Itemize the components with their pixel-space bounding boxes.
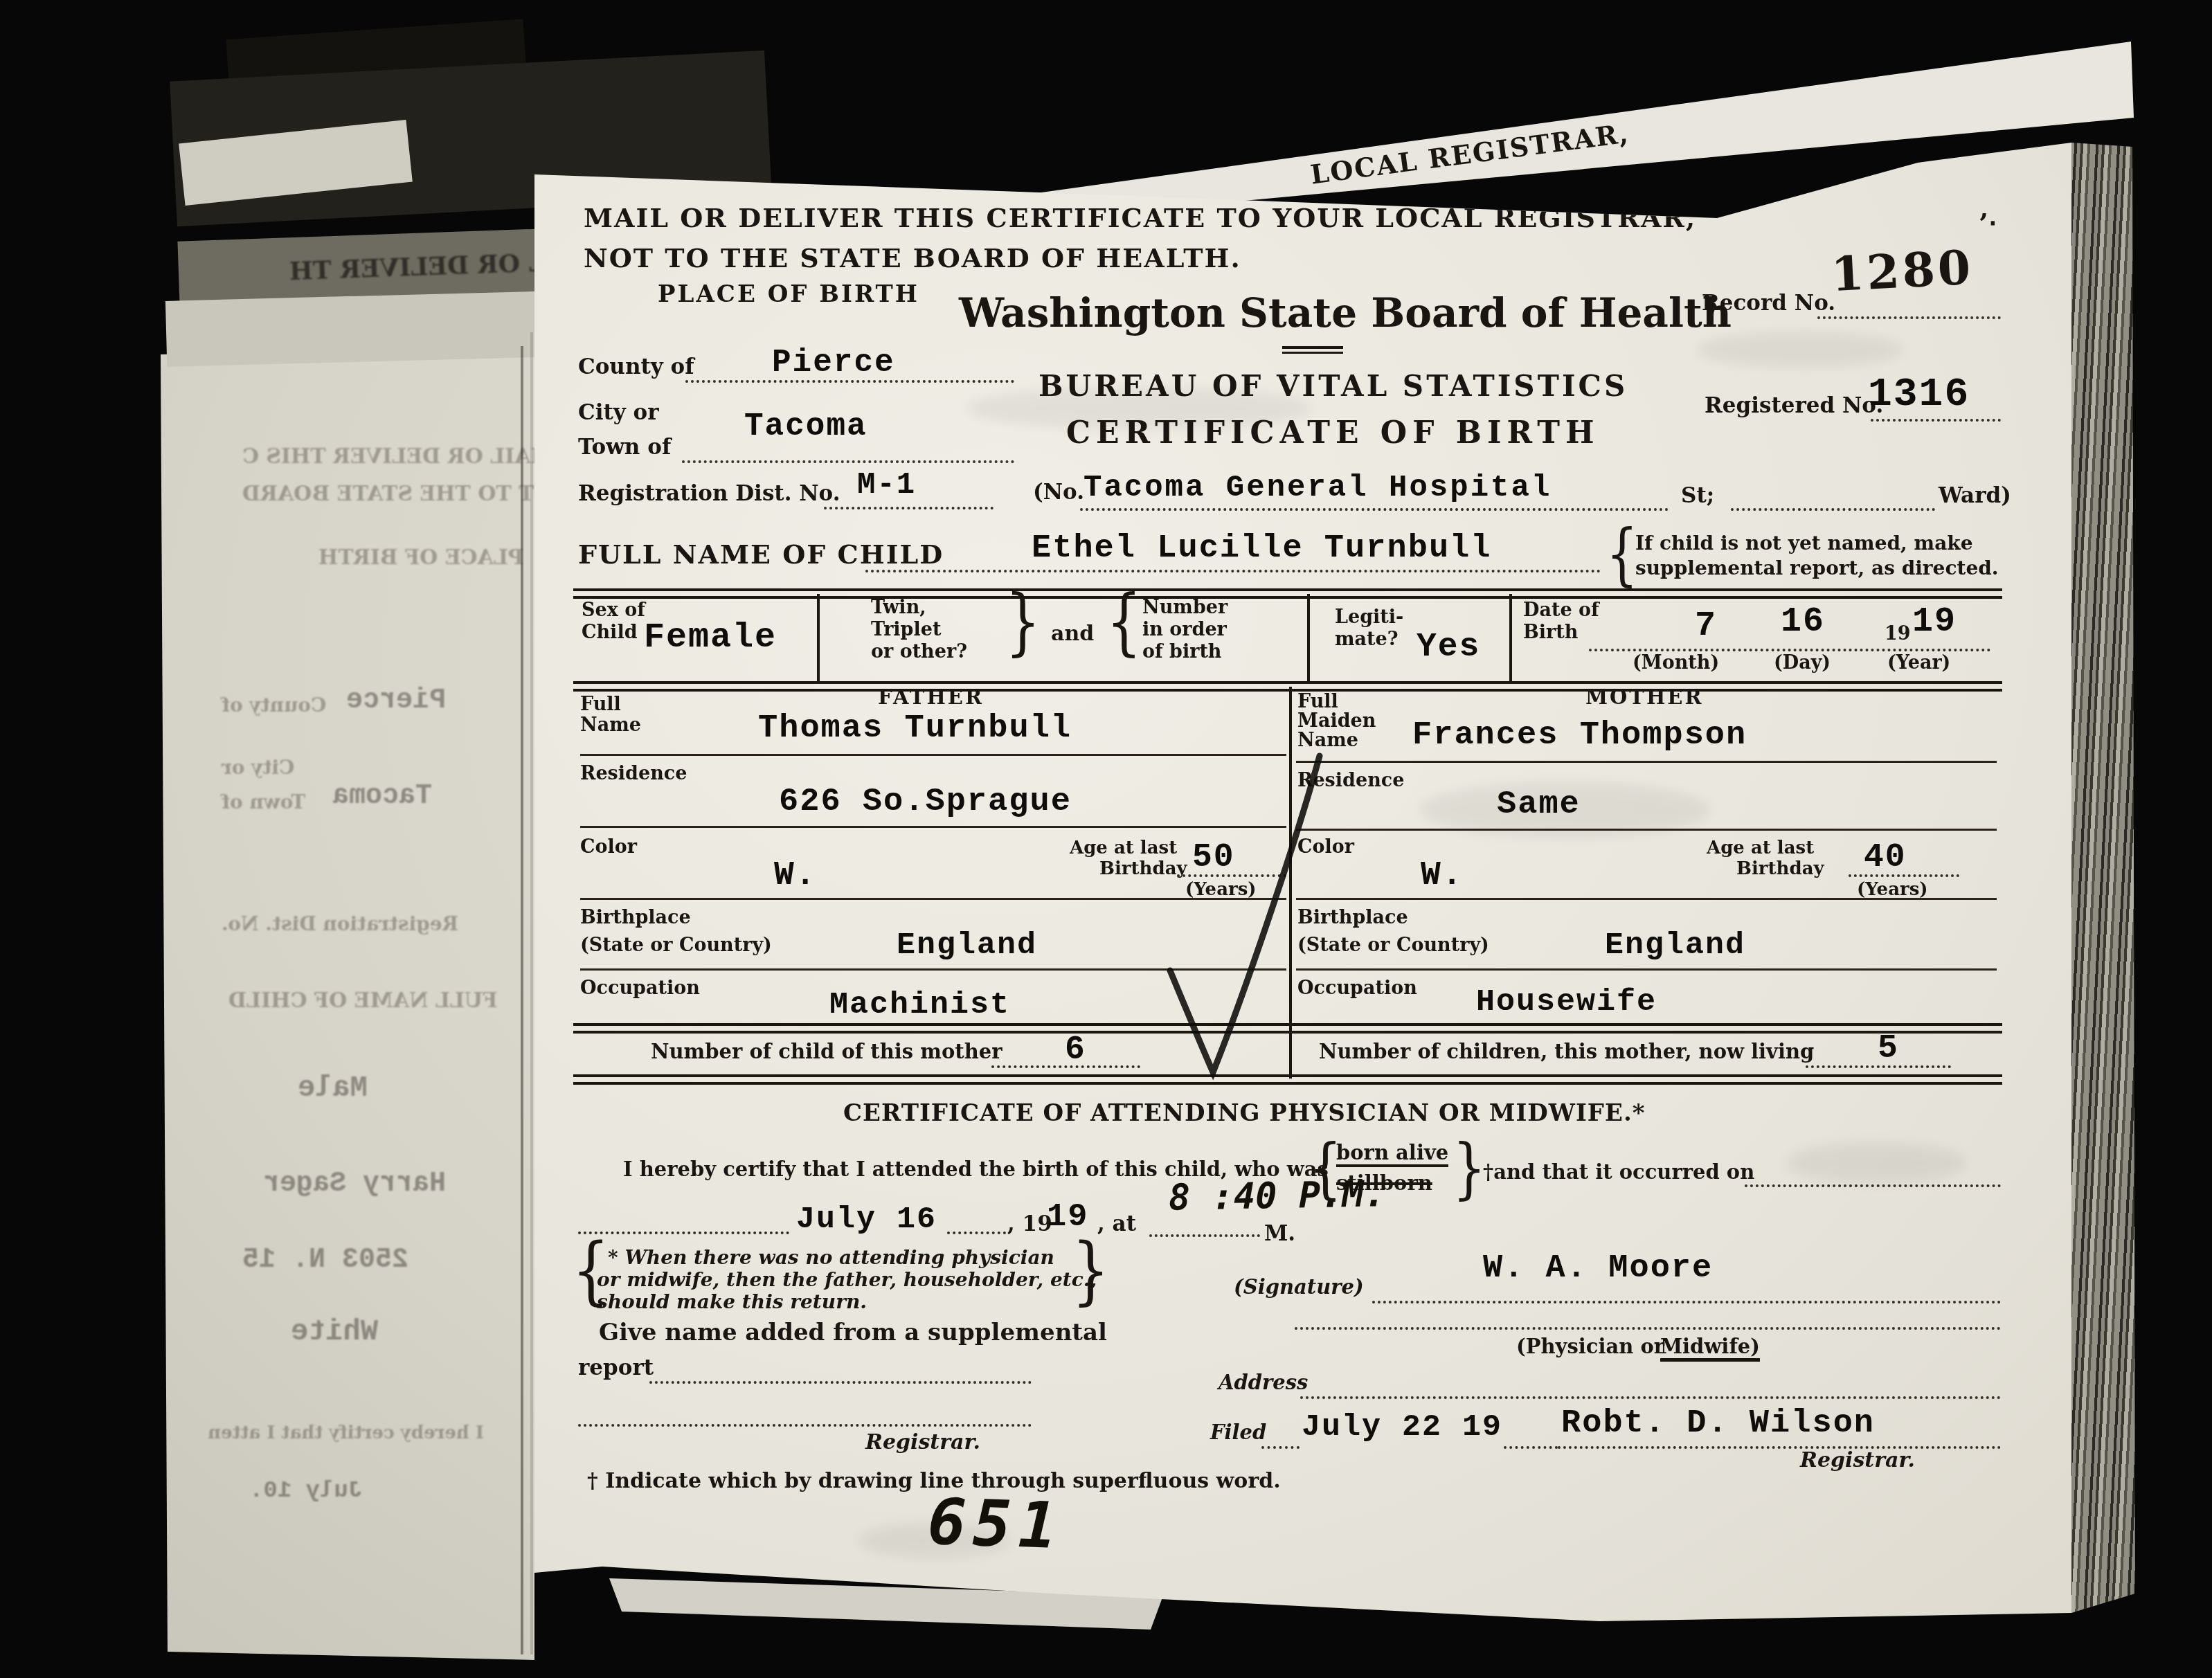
- report-label: report: [578, 1355, 654, 1380]
- ghost-text: County of: [222, 694, 326, 716]
- occurred-date-value: July 16: [796, 1202, 937, 1237]
- physician-or-label: (Physician or: [1516, 1335, 1664, 1358]
- supplemental-text: Give name added from a supplemental: [599, 1319, 1107, 1346]
- time-line: [1149, 1234, 1260, 1237]
- ghost-text: Male: [298, 1072, 368, 1105]
- signature-line: [1482, 1300, 2001, 1303]
- m-label: M.: [1264, 1221, 1295, 1246]
- note-brace-right: }: [1072, 1228, 1110, 1315]
- registrar-right-label: Registrar.: [1800, 1448, 1915, 1472]
- ghost-text: Town of: [222, 791, 305, 813]
- filed-by-value: Robt. D. Wilson: [1561, 1405, 1875, 1442]
- ghost-text: Registration Dist. No.: [222, 912, 458, 935]
- occurred-text: †and that it occurred on: [1483, 1160, 1754, 1184]
- address-label: Address: [1219, 1371, 1308, 1394]
- note-line-2: or midwife, then the father, householder…: [597, 1268, 1097, 1291]
- ghost-text: I hereby certify that I atten: [208, 1423, 484, 1443]
- ghost-text: FULL NAME OF CHILD: [228, 989, 498, 1013]
- scanned-birth-certificate: MAIL OR DELIVER THIS C NOT TO THE STATE …: [0, 0, 2212, 1678]
- filed-lead-line: [1261, 1445, 1300, 1449]
- midwife-word-struck: Midwife): [1660, 1335, 1760, 1362]
- note-line-1: * When there was no attending physician: [608, 1246, 1054, 1269]
- date-lead-line: [578, 1231, 789, 1234]
- address-line: [1300, 1396, 2001, 1399]
- ghost-text: July 10.: [249, 1478, 362, 1504]
- born-alive-option: born alive: [1336, 1141, 1448, 1167]
- filed-date-value: July 22 19: [1302, 1409, 1502, 1445]
- ghost-text: City or: [222, 756, 294, 779]
- page-crease: [521, 346, 523, 1654]
- registrar-left-line: [578, 1423, 1032, 1427]
- filed-mid-line: [1504, 1445, 1558, 1449]
- year-prefix-label: , 19: [1007, 1211, 1052, 1236]
- page-crease: [530, 332, 533, 1654]
- ghost-text: White: [291, 1315, 378, 1348]
- time-value-handwritten: 8 :40 P.M.: [1169, 1173, 1386, 1218]
- ghost-text: Tacoma: [332, 781, 432, 812]
- born-brace-right: }: [1453, 1129, 1486, 1206]
- registrar-left-label: Registrar.: [865, 1430, 980, 1454]
- date-mid-line: [947, 1231, 1006, 1234]
- ghost-text: Pierce: [346, 685, 446, 716]
- physician-section-title: CERTIFICATE OF ATTENDING PHYSICIAN OR MI…: [843, 1099, 1646, 1127]
- occurred-line: [1745, 1184, 2001, 1187]
- signature-label: (Signature): [1234, 1275, 1364, 1299]
- note-line-3: should make this return.: [597, 1290, 867, 1313]
- page-number-handwritten: 651: [926, 1485, 1065, 1564]
- filed-line: [1558, 1445, 2001, 1449]
- report-line: [649, 1380, 1032, 1384]
- ghost-text: MAIL OR DELIVER THIS C: [242, 444, 554, 469]
- filed-label: Filed: [1210, 1420, 1266, 1444]
- ghost-text: Harry Sager: [263, 1169, 446, 1200]
- signature-lead-line: [1372, 1300, 1480, 1303]
- physician-or-line: [1295, 1326, 2001, 1330]
- ghost-text: PLACE OF BIRTH: [318, 545, 523, 570]
- ghost-text: 2503 N. 15: [242, 1245, 408, 1276]
- signature-value: W. A. Moore: [1483, 1250, 1713, 1287]
